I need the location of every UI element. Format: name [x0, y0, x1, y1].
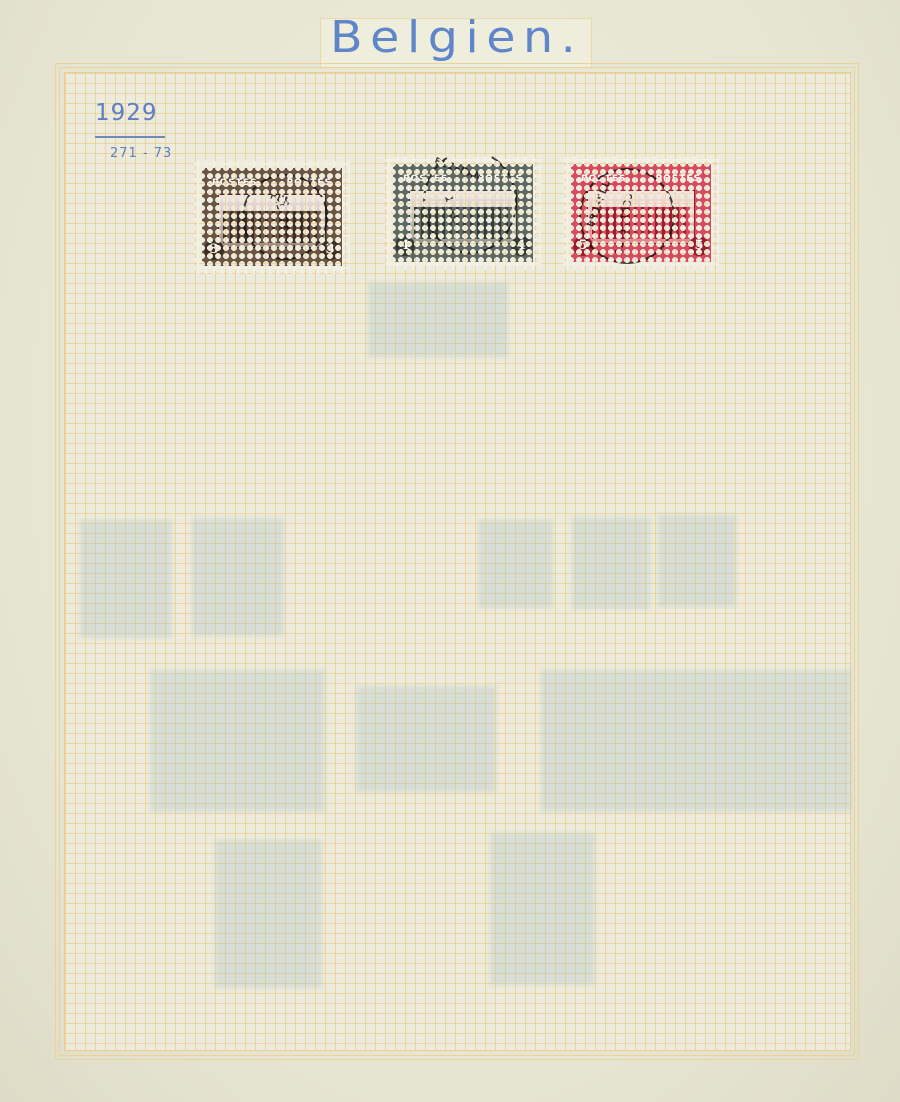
denomination-right: 5: [689, 236, 709, 256]
stamp-header-left: POSTES: [212, 178, 258, 188]
stamp-1: POSTESPOSTES33BUM25.IX.33: [194, 160, 350, 274]
empty-stamp-slot: [490, 833, 595, 985]
stamp-2: POSTESPOSTES44ELIEMAN1.29: [385, 156, 541, 270]
denomination-right: 3: [320, 240, 340, 260]
empty-stamp-slot: [215, 840, 322, 988]
denomination-left: 4: [395, 236, 415, 256]
empty-stamp-slot: [368, 282, 508, 357]
empty-stamp-slot: [658, 515, 736, 607]
catalog-number-annotation: 271 - 73: [110, 146, 172, 161]
empty-stamp-slot: [80, 520, 172, 638]
empty-stamp-slot: [572, 517, 650, 609]
denomination-left: 3: [204, 240, 224, 260]
empty-stamp-slot: [150, 670, 325, 812]
stamp-design: POSTESPOSTES44ELIEMAN1.29: [393, 164, 533, 262]
stamp-design: POSTESPOSTES33BUM25.IX.33: [202, 168, 342, 266]
empty-stamp-slot: [541, 670, 851, 812]
stamp-3: POSTESPOSTES55BRUSSEL12.1.1935: [563, 156, 719, 270]
stamp-design: POSTESPOSTES55BRUSSEL12.1.1935: [571, 164, 711, 262]
empty-stamp-slot: [192, 518, 284, 636]
year-underline: [95, 136, 165, 138]
empty-stamp-slot: [478, 520, 553, 608]
country-title: Belgien.: [330, 12, 583, 63]
year-annotation: 1929: [95, 100, 158, 126]
empty-stamp-slot: [356, 686, 496, 792]
denomination-right: 4: [511, 236, 531, 256]
